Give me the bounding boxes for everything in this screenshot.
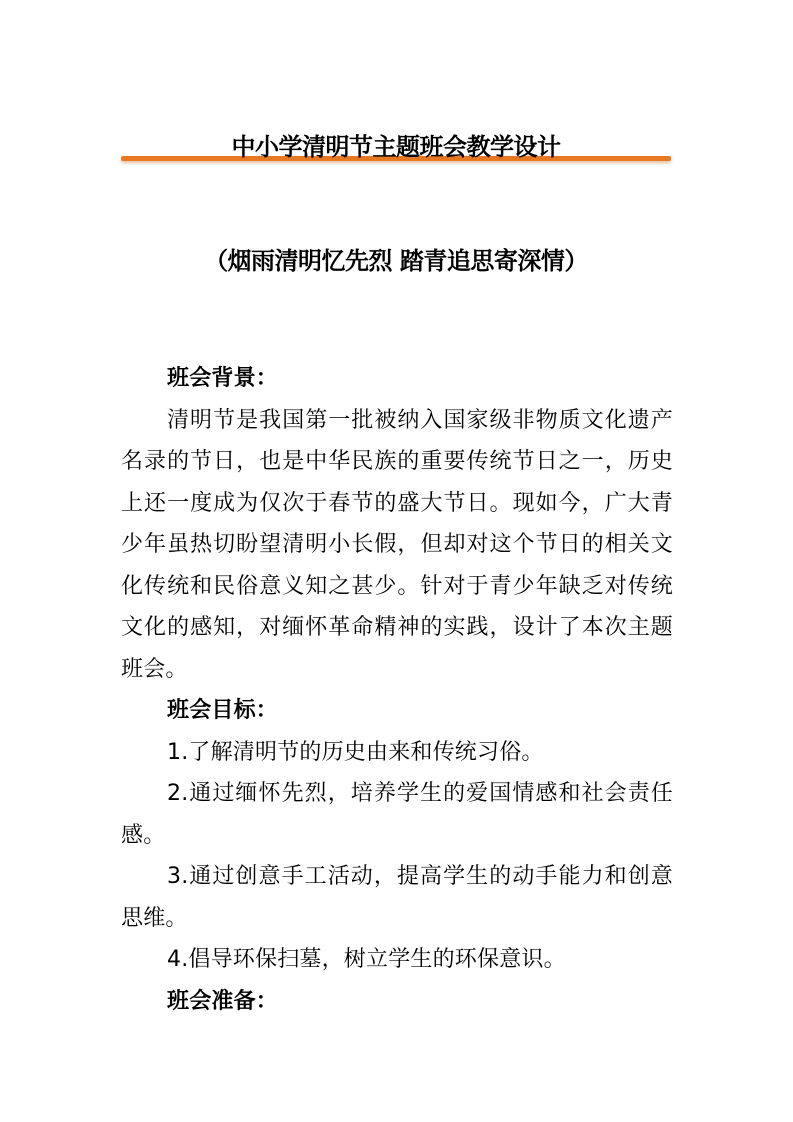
- section-heading-preparation: 班会准备：: [121, 981, 673, 1023]
- document-page: 中小学清明节主题班会教学设计 （烟雨清明忆先烈 踏青追思寄深情） 班会背景： 清…: [0, 0, 793, 1122]
- document-subtitle: （烟雨清明忆先烈 踏青追思寄深情）: [121, 245, 671, 277]
- goal-item-2: 2.通过缅怀先烈，培养学生的爱国情感和社会责任感。: [121, 773, 673, 856]
- goal-item-4: 4.倡导环保扫墓，树立学生的环保意识。: [121, 939, 673, 981]
- goal-item-3: 3.通过创意手工活动，提高学生的动手能力和创意思维。: [121, 856, 673, 939]
- title-block: 中小学清明节主题班会教学设计: [121, 128, 671, 168]
- document-body: 班会背景： 清明节是我国第一批被纳入国家级非物质文化遗产名录的节日，也是中华民族…: [121, 358, 673, 1022]
- section-heading-goals: 班会目标：: [121, 690, 673, 732]
- goal-item-1: 1.了解清明节的历史由来和传统习俗。: [121, 732, 673, 774]
- section-heading-background: 班会背景：: [121, 358, 673, 400]
- document-title: 中小学清明节主题班会教学设计: [121, 132, 671, 162]
- background-paragraph: 清明节是我国第一批被纳入国家级非物质文化遗产名录的节日，也是中华民族的重要传统节…: [121, 400, 673, 691]
